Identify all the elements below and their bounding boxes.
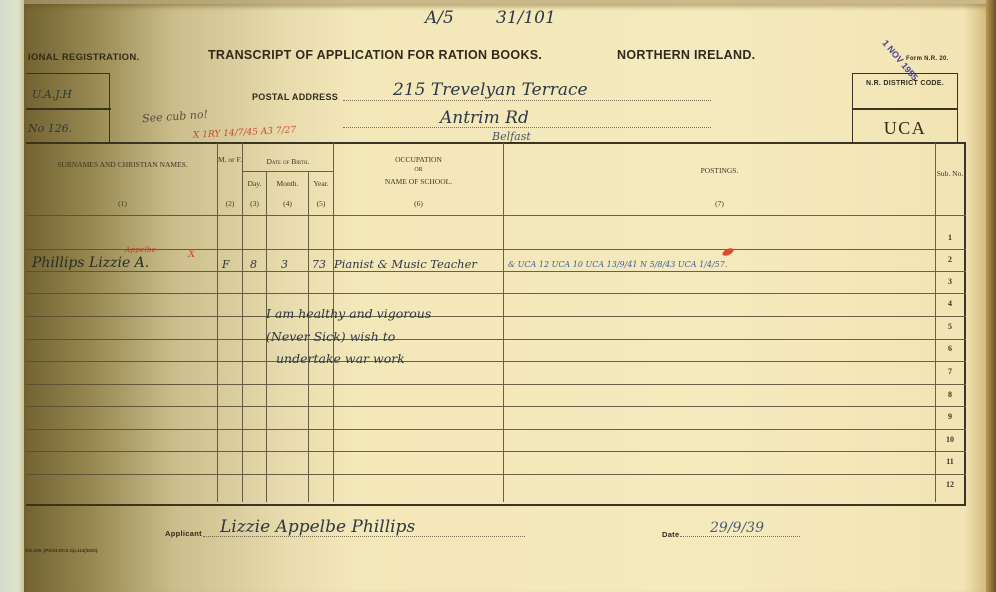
remark-line-2: (Never Sick) wish to — [266, 329, 395, 344]
sub-number: 7 — [936, 367, 964, 376]
remark-line-1: I am healthy and vigorous — [266, 306, 431, 321]
row-rule — [26, 293, 966, 294]
number-annotation: 31/101 — [496, 8, 556, 28]
row-rule — [26, 339, 966, 340]
entry-month: 3 — [281, 258, 288, 271]
header-names-number: (1) — [28, 199, 217, 208]
header-occupation-school: NAME OF SCHOOL. — [334, 177, 503, 186]
sub-number: 3 — [936, 277, 964, 286]
header-day: Day. — [243, 179, 266, 188]
col-divider-sex — [217, 143, 218, 502]
row-rule — [26, 316, 966, 317]
dob-subheader-rule — [242, 171, 333, 172]
header-occupation: OCCUPATION — [334, 155, 503, 164]
row-rule — [26, 429, 966, 430]
row-rule — [26, 361, 966, 362]
sub-number: 12 — [936, 480, 964, 489]
row-rule — [26, 249, 966, 250]
address-line-1: 215 Trevelyan Terrace — [393, 80, 588, 100]
row-rule — [26, 406, 966, 407]
entry-year: 73 — [312, 258, 326, 271]
entry-day: 8 — [250, 258, 257, 271]
title-registration: IONAL REGISTRATION. — [28, 52, 139, 63]
postal-address-label: POSTAL ADDRESS — [252, 92, 338, 102]
sub-number: 6 — [936, 344, 964, 353]
district-code-value: UCA — [852, 118, 958, 139]
col-divider-occupation — [333, 143, 334, 502]
sub-number: 10 — [936, 435, 964, 444]
address-line-1-rule — [343, 100, 711, 101]
header-day-number: (3) — [243, 199, 266, 208]
header-date-of-birth: Date of Birth. — [243, 157, 333, 166]
header-year-number: (5) — [309, 199, 333, 208]
header-postings-number: (7) — [504, 199, 935, 208]
applicant-label: Applicant — [165, 529, 202, 538]
registration-number: No 126. — [28, 122, 72, 135]
header-year: Year. — [309, 179, 333, 188]
date-value: 29/9/39 — [710, 520, 764, 536]
entry-name-correction: Appelbe — [125, 245, 156, 254]
applicant-signature: Lizzie Appelbe Phillips — [220, 517, 415, 537]
header-occupation-or: OR — [334, 166, 503, 175]
sub-number: 8 — [936, 390, 964, 399]
entry-sex: F — [222, 258, 230, 271]
book-binding-edge — [986, 0, 996, 592]
header-sex: M. or F. — [218, 155, 242, 164]
sub-number: 4 — [936, 299, 964, 308]
row-rule — [26, 451, 966, 452]
header-sex-number: (2) — [218, 199, 242, 208]
region-title: NORTHERN IRELAND. — [617, 48, 755, 62]
sub-number: 2 — [936, 255, 964, 264]
form-number: Form N.R. 20. — [906, 56, 949, 62]
district-box-divider — [852, 108, 958, 110]
header-bottom-rule — [26, 215, 966, 216]
form-title: TRANSCRIPT OF APPLICATION FOR RATION BOO… — [208, 48, 542, 62]
date-label: Date — [662, 530, 679, 539]
header-postings: POSTINGS. — [504, 166, 935, 175]
sub-number: 5 — [936, 322, 964, 331]
row-rule — [26, 474, 966, 475]
registration-code: U.A.J.H — [32, 88, 72, 101]
header-month: Month. — [267, 179, 308, 188]
header-names: SURNAMES AND CHRISTIAN NAMES. — [28, 160, 217, 169]
remark-line-3: undertake war work — [276, 351, 405, 366]
entry-postings: & UCA 12 UCA 10 UCA 13/9/41 N 5/8/43 UCA… — [508, 260, 727, 269]
reference-annotation: A/5 — [425, 8, 454, 28]
col-divider-postings — [503, 143, 504, 502]
col-divider-day — [242, 143, 243, 502]
sub-number: 11 — [936, 457, 964, 466]
entry-name: Phillips Lizzie A. — [32, 255, 149, 271]
entry-occupation: Pianist & Music Teacher — [334, 257, 477, 271]
header-month-number: (4) — [267, 199, 308, 208]
address-line-2: Antrim Rd — [440, 108, 529, 128]
registration-box-divider — [26, 108, 111, 110]
sub-number: 1 — [936, 233, 964, 242]
adjacent-page-edge — [0, 0, 26, 592]
date-rule — [680, 536, 800, 537]
header-subno: Sub. No. — [936, 169, 964, 178]
header-occupation-number: (6) — [334, 199, 503, 208]
row-rule — [26, 384, 966, 385]
row-rule — [26, 271, 966, 272]
entry-name-mark: X — [188, 249, 195, 260]
sub-number: 9 — [936, 412, 964, 421]
district-code-label: N.R. DISTRICT CODE. — [852, 79, 958, 88]
printer-code: 300,000. (PS/24.RCS.Gp.114(3620). — [25, 548, 99, 553]
